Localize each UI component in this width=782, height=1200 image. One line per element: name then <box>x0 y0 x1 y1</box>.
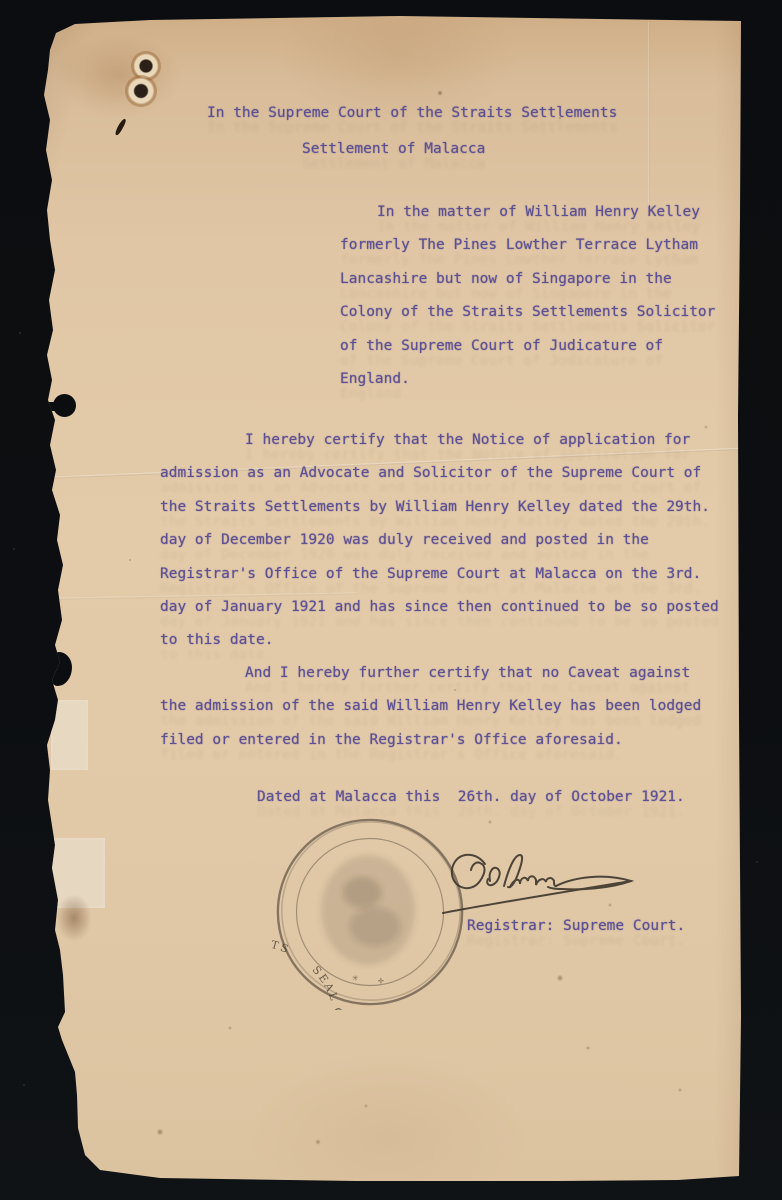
seal-crest-smudge <box>343 877 382 908</box>
further-line-2: the admission of the said William Henry … <box>160 698 701 714</box>
matter-block: In the matter of William Henry Kelleyfor… <box>340 196 715 396</box>
cert-line-5: Registrar's Office of the Supreme Court … <box>160 566 701 582</box>
matter-line-4: Colony of the Straits Settlements Solici… <box>340 304 715 320</box>
cert-line-1: I hereby certify that the Notice of appl… <box>245 432 690 448</box>
further-line-1: And I hereby further certify that no Cav… <box>245 665 690 681</box>
matter-line-5: of the Supreme Court of Judicature of <box>340 338 663 354</box>
matter-line-6: England. <box>340 371 410 387</box>
registrar-signature <box>438 843 648 918</box>
signature-loop-a <box>452 855 485 888</box>
pin-hole-bottom <box>125 75 157 107</box>
brown-stain <box>56 894 92 942</box>
paper-tear <box>114 118 127 136</box>
date-line: Dated at Malacca this 26th. day of Octob… <box>257 781 685 814</box>
matter-line-3: Lancashire but now of Singapore in the <box>340 271 672 287</box>
signature-underline <box>443 881 631 913</box>
document-page: In the Supreme Court of the Straits Sett… <box>38 16 743 1181</box>
signature-letter-o <box>487 868 499 885</box>
seal-decoration-right: ✛ <box>378 976 384 987</box>
further-certification-paragraph: And I hereby further certify that no Cav… <box>160 657 701 757</box>
cert-line-6: day of January 1921 and has since then c… <box>160 599 719 615</box>
edge-tear-hole <box>48 652 72 686</box>
registrar-line: Registrar: Supreme Court. <box>467 910 685 943</box>
matter-line-1: In the matter of William Henry Kelley <box>377 204 700 220</box>
punch-hole-neck <box>42 402 58 411</box>
cert-line-7: to this date. <box>160 632 274 648</box>
further-line-3: filed or entered in the Registrar's Offi… <box>160 732 623 748</box>
fold-crease-vertical <box>648 22 650 207</box>
cert-line-3: the Straits Settlements by William Henry… <box>160 499 710 515</box>
header-line-1: In the Supreme Court of the Straits Sett… <box>207 97 617 130</box>
seal-decoration-left: ✳ <box>352 973 358 984</box>
header-line-2: Settlement of Malacca <box>302 133 485 166</box>
tape-repair-upper <box>51 700 88 770</box>
cert-line-4: day of December 1920 was duly received a… <box>160 532 649 548</box>
matter-line-2: formerly The Pines Lowther Terrace Lytha… <box>340 237 698 253</box>
photograph-of-document: { "document": { "header": { "line1": "In… <box>0 0 782 1200</box>
certification-paragraph: I hereby certify that the Notice of appl… <box>160 424 719 658</box>
cert-line-2: admission as an Advocate and Solicitor o… <box>160 465 701 481</box>
seal-shield-smudge <box>349 907 400 946</box>
